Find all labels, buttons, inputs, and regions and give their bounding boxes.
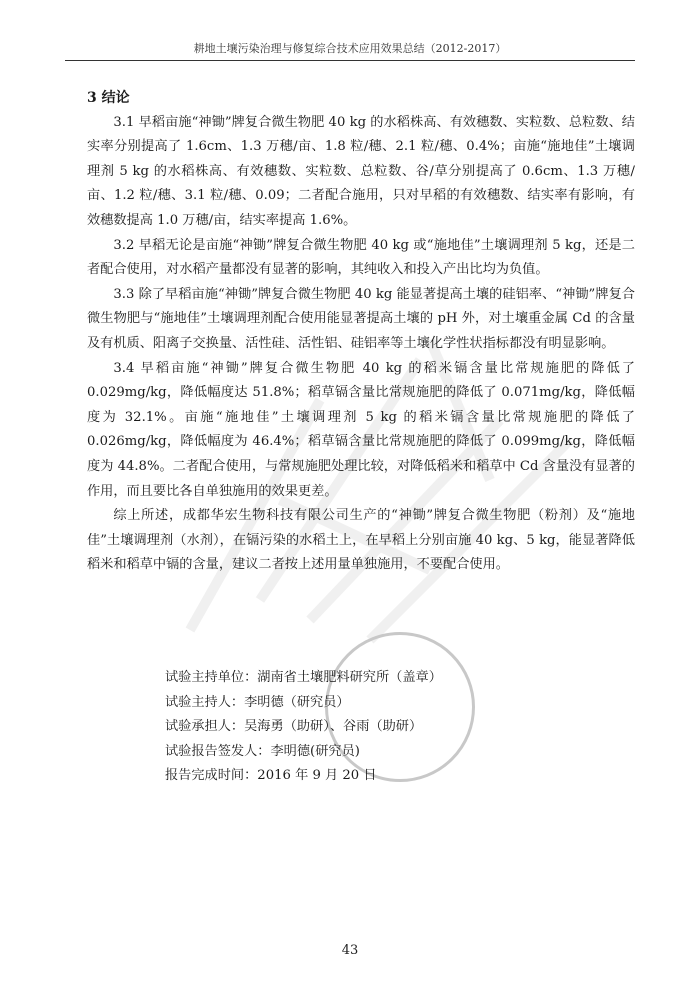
paragraph-3-3: 3.3 除了早稻亩施“神锄”牌复合微生物肥 40 kg 能显著提高土壤的硅铝率、… (87, 283, 635, 357)
section-heading: 3 结论 (87, 86, 635, 111)
conclusion-section: 3 结论 3.1 早稻亩施“神锄”牌复合微生物肥 40 kg 的水稻株高、有效穗… (87, 86, 635, 578)
host-person-line: 试验主持人：李明德（研究员） (165, 691, 442, 716)
running-header: 耕地土壤污染治理与修复综合技术应用效果总结（2012-2017） (65, 40, 635, 61)
signature-block: 试验主持单位：湖南省土壤肥料研究所（盖章） 试验主持人：李明德（研究员） 试验承… (165, 666, 442, 789)
completion-date-line: 报告完成时间：2016 年 9 月 20 日 (165, 764, 442, 789)
issuer-line: 试验报告签发人：李明德(研究员) (165, 740, 442, 765)
paragraph-3-4: 3.4 早稻亩施“神锄”牌复合微生物肥 40 kg 的稻米镉含量比常规施肥的降低… (87, 357, 635, 505)
undertaker-line: 试验承担人：吴海勇（助研）、谷雨（助研） (165, 715, 442, 740)
host-unit-line: 试验主持单位：湖南省土壤肥料研究所（盖章） (165, 666, 442, 691)
paragraph-3-2: 3.2 早稻无论是亩施“神锄”牌复合微生物肥 40 kg 或“施地佳”土壤调理剂… (87, 234, 635, 283)
paragraph-summary: 综上所述，成都华宏生物科技有限公司生产的“神锄”牌复合微生物肥（粉剂）及“施地佳… (87, 504, 635, 578)
page-number: 43 (0, 943, 700, 958)
paragraph-3-1: 3.1 早稻亩施“神锄”牌复合微生物肥 40 kg 的水稻株高、有效穗数、实粒数… (87, 111, 635, 234)
